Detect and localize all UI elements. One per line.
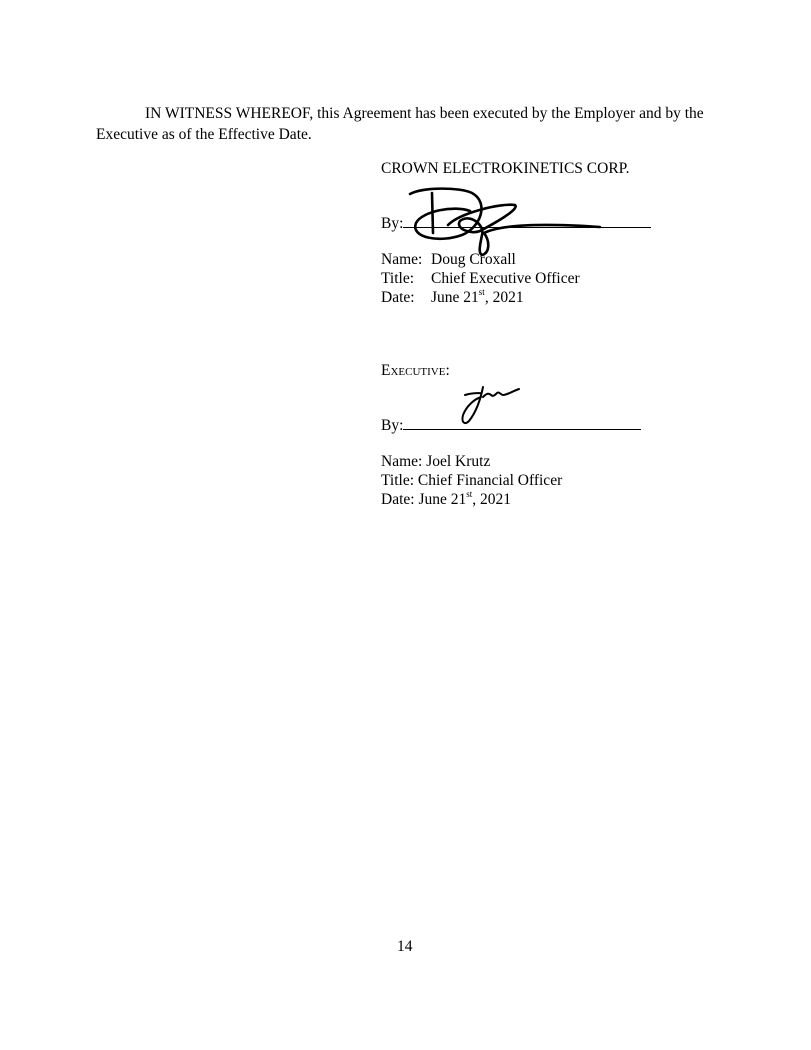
- witness-paragraph: IN WITNESS WHEREOF, this Agreement has b…: [96, 103, 736, 145]
- employer-name: Name:Doug Croxall: [381, 250, 516, 269]
- date-year: , 2021: [485, 289, 524, 306]
- date-ordinal: st: [466, 489, 472, 499]
- executive-name: Name: Joel Krutz: [381, 452, 490, 471]
- employer-title: Title:Chief Executive Officer: [381, 269, 580, 288]
- witness-line-2: Executive as of the Effective Date.: [96, 126, 312, 143]
- date-value: June 21: [431, 289, 479, 306]
- witness-line-1: IN WITNESS WHEREOF, this Agreement has b…: [145, 105, 704, 122]
- executive-signature-line: By:: [381, 415, 641, 435]
- title-label: Title:: [381, 269, 431, 288]
- date-value: Date: June 21: [381, 491, 466, 508]
- by-label: By:: [381, 417, 403, 434]
- title-value: Chief Executive Officer: [431, 270, 580, 287]
- date-year: , 2021: [472, 491, 511, 508]
- name-label: Name:: [381, 250, 431, 269]
- signature-underline: [403, 415, 641, 430]
- date-label: Date:: [381, 288, 431, 307]
- page-number: 14: [397, 937, 413, 956]
- executive-heading: Executive:: [381, 361, 450, 380]
- executive-date: Date: June 21st, 2021: [381, 490, 511, 509]
- company-name: CROWN ELECTROKINETICS CORP.: [381, 159, 629, 178]
- employer-signature-icon: [400, 183, 660, 258]
- date-ordinal: st: [479, 287, 485, 297]
- employer-date: Date:June 21st, 2021: [381, 288, 524, 307]
- executive-title: Title: Chief Financial Officer: [381, 471, 562, 490]
- name-value: Doug Croxall: [431, 251, 516, 268]
